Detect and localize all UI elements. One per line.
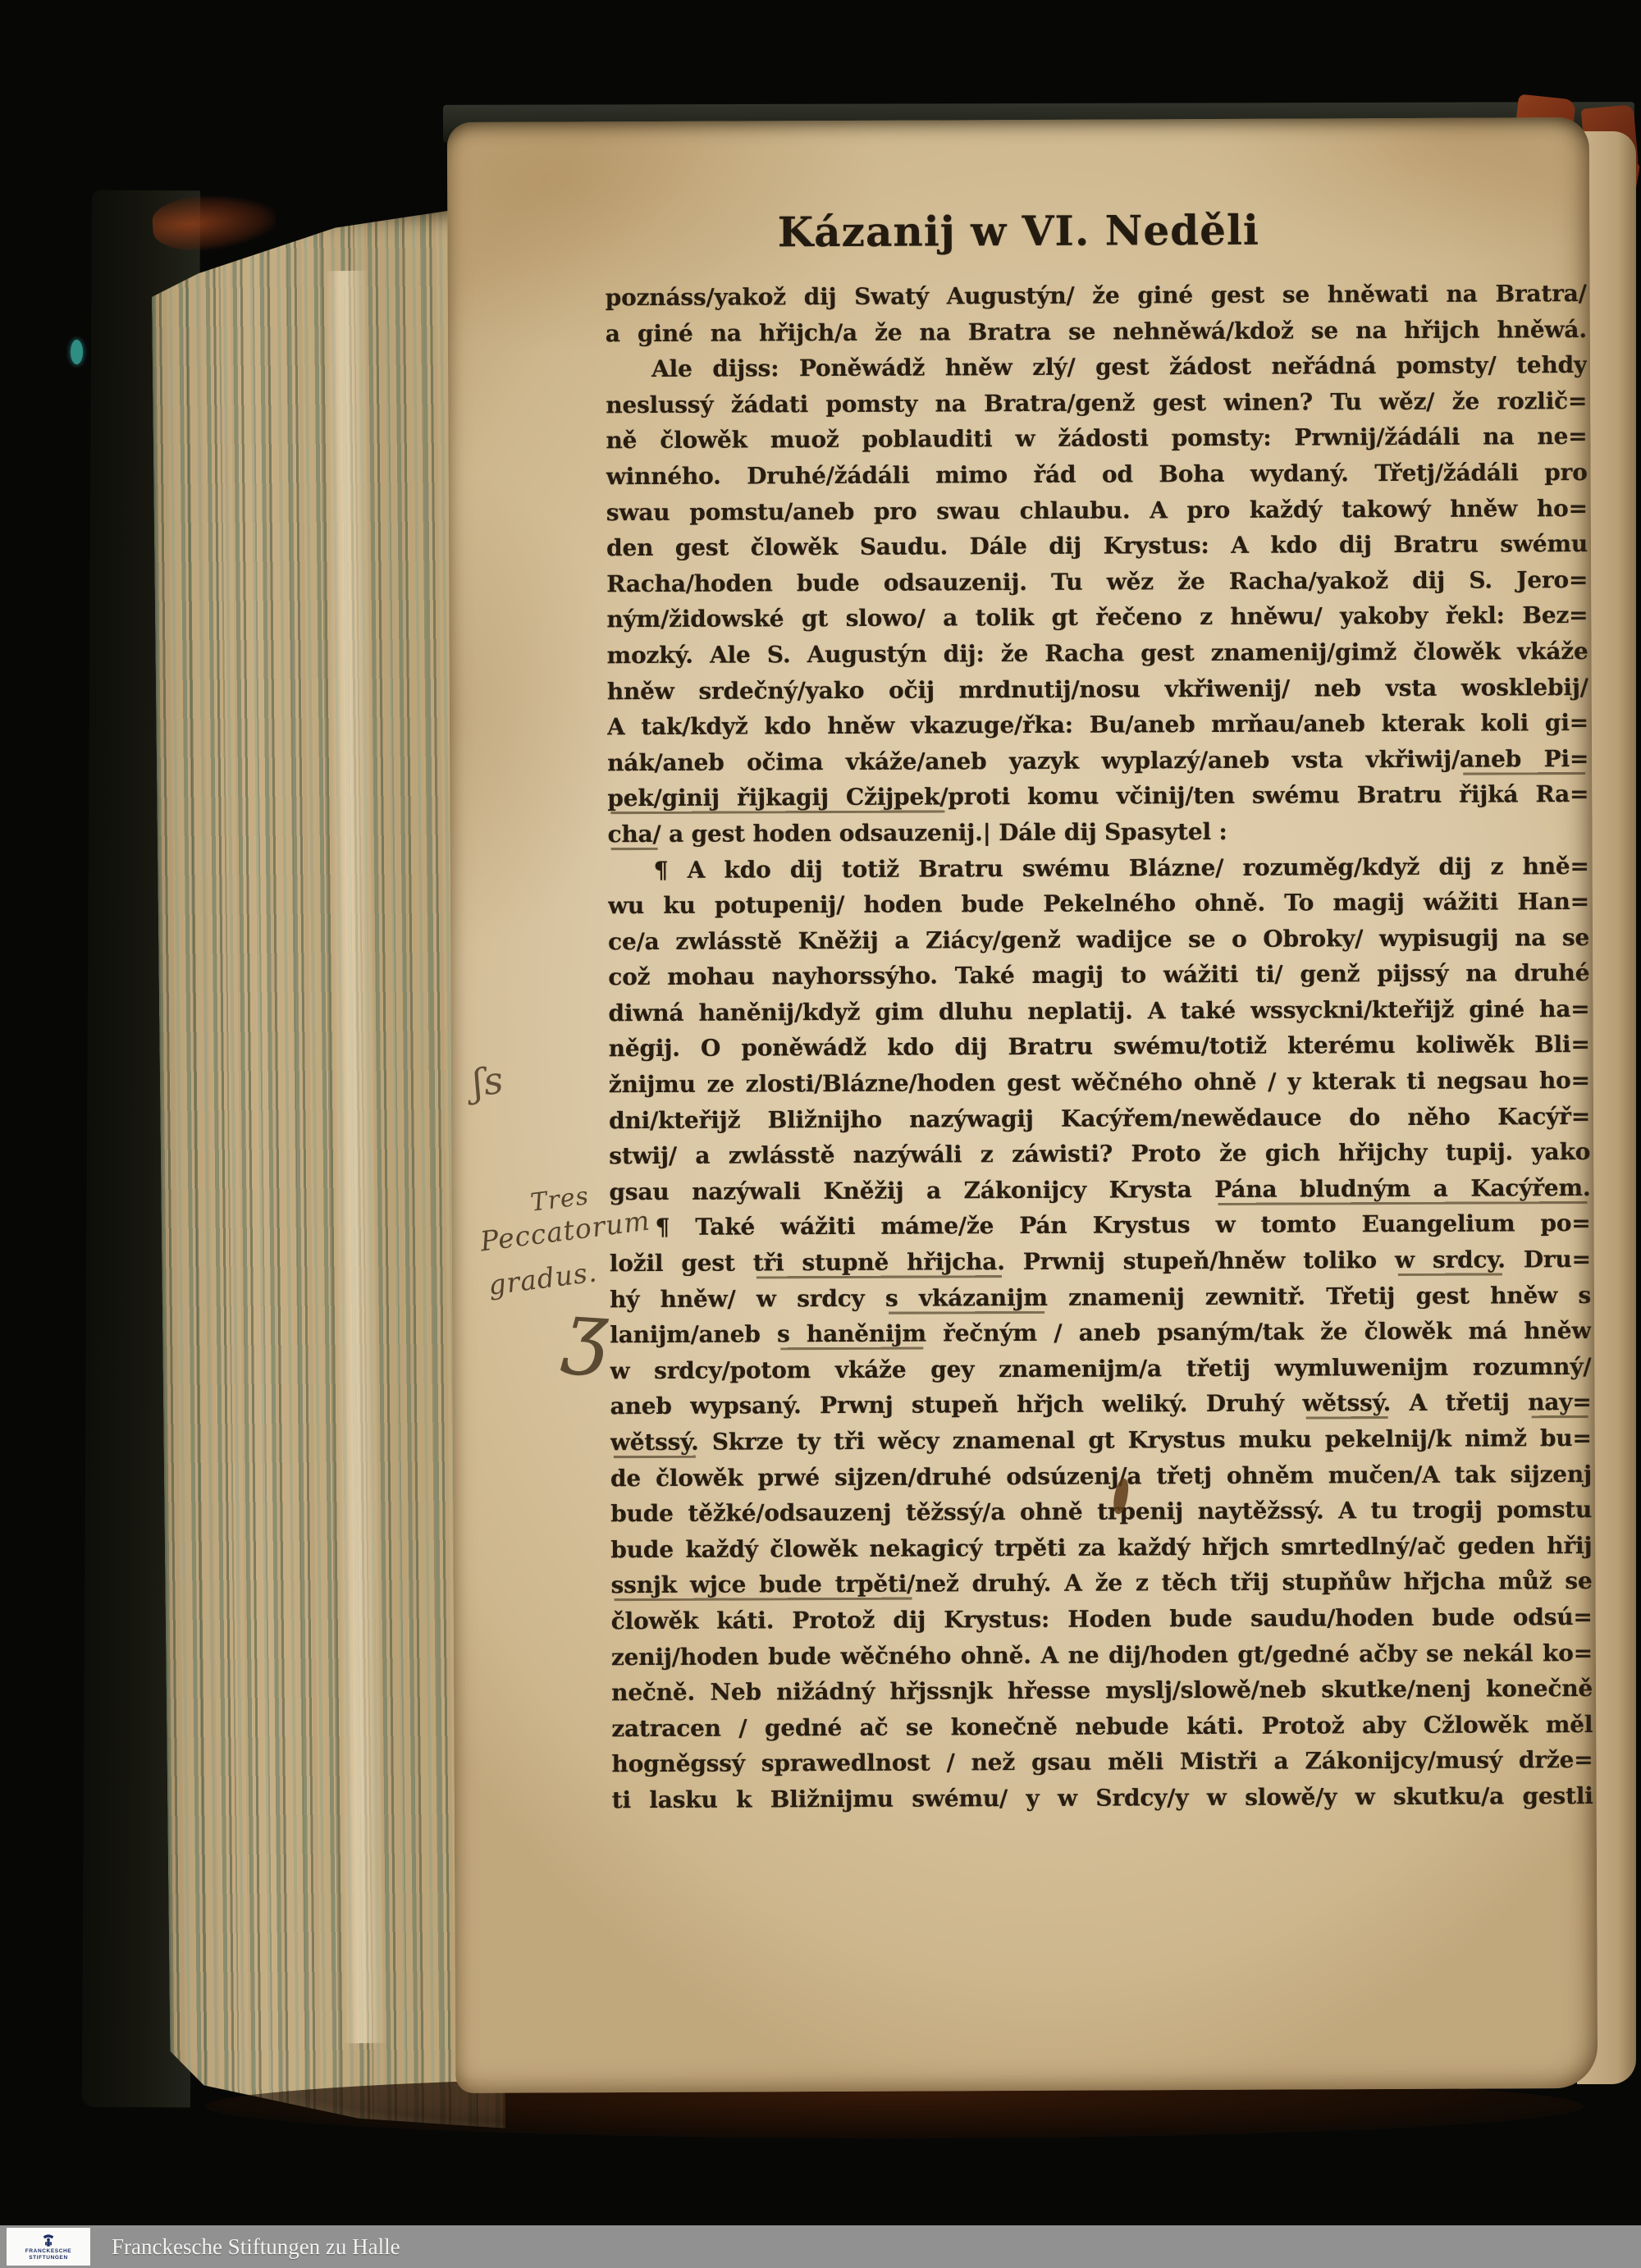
text-segment: člowěk káti. Protož dij Krystus: Hoden b… <box>611 1603 1593 1635</box>
text-segment: winného. Druhé/žádáli mimo řád od Boha w… <box>606 459 1588 490</box>
photo-stage: Kázanij w VI. Neděli poznáss/yakož dij S… <box>0 0 1641 2268</box>
underlined-text: wětssý. <box>610 1429 699 1456</box>
text-line: den gest člowěk Saudu. Dále dij Krystus:… <box>606 530 1588 570</box>
text-segment: den gest člowěk Saudu. Dále dij Krystus:… <box>606 530 1588 561</box>
text-line: Racha/hoden bude odsauzenij. Tu wěz že R… <box>606 566 1588 606</box>
text-line: ti lasku k Bližnijmu swému/ y w Srdcy/y … <box>612 1782 1593 1822</box>
text-line: diwná haněnij/když gim dluhu neplatij. A… <box>608 995 1589 1036</box>
text-line: stwij/ a zwlásstě nazýwáli z záwisti? Pr… <box>609 1138 1590 1178</box>
text-segment: de člowěk prwé sijzen/druhé odsúzenj/a t… <box>610 1461 1592 1492</box>
underlined-text: s haněnijm <box>777 1320 926 1348</box>
text-segment: ně člowěk muož poblauditi w žádosti poms… <box>606 423 1587 454</box>
margin-pen-mark: ʃs <box>470 1058 507 1105</box>
text-segment: ným/židowské gt slowo/ a tolik gt řečeno… <box>606 601 1588 633</box>
text-line: neslussý žádati pomsty na Bratra/genž ge… <box>606 387 1587 428</box>
text-line: ným/židowské gt slowo/ a tolik gt řečeno… <box>606 601 1588 642</box>
text-segment: wu ku potupenij/ hoden bude Pekelného oh… <box>608 888 1589 919</box>
text-line: cha/ a gest hoden odsauzenij.| Dále dij … <box>607 816 1588 857</box>
underlined-text: s vkázanijm <box>885 1283 1048 1311</box>
text-segment: diwná haněnij/když gim dluhu neplatij. A… <box>608 995 1589 1027</box>
text-segment: A třetij <box>1391 1389 1528 1417</box>
logo-text-line1: FRANCKESCHE <box>25 2248 71 2254</box>
text-segment: zenij/hoden bude wěčného ohně. A ne dij/… <box>611 1639 1593 1671</box>
teal-paint-mark <box>71 340 83 364</box>
text-line: w srdcy/potom vkáže gey znamenijm/a třet… <box>610 1353 1591 1393</box>
text-segment: znamenij zewnitř. Třetij gest hněw s <box>1048 1282 1591 1311</box>
text-segment: ce/a zwlásstě Kněžij a Ziácy/genž wadijc… <box>608 924 1589 955</box>
text-line: bude těžké/odsauzenj těžssý/a ohně trpen… <box>610 1496 1592 1536</box>
institution-logo: FRANCKESCHE STIFTUNGEN <box>7 2228 90 2266</box>
underlined-text: cha/ <box>607 821 661 848</box>
text-line: dni/kteřijž Bližnijho nazýwagij Kacýřem/… <box>609 1103 1590 1143</box>
text-segment: a giné na hřijch/a že na Bratra se nehně… <box>606 316 1587 347</box>
text-line: pek/ginij řijkagij Cžijpek/proti komu vč… <box>607 780 1588 821</box>
text-segment: Dru= <box>1506 1246 1591 1273</box>
text-line: což mohau nayhorssýho. Také magij to wáž… <box>608 959 1589 999</box>
text-segment: proti komu včinij/ten swému Bratru řijká… <box>948 780 1588 810</box>
text-line: hogněgssý sprawedlnost / než gsau měli M… <box>611 1746 1593 1786</box>
underlined-text: tři stupně hřijcha. <box>753 1248 1005 1276</box>
text-line: a giné na hřijch/a že na Bratra se nehně… <box>606 316 1587 356</box>
underlined-text: pek/ginij řijkagij Cžijpek/ <box>607 784 948 812</box>
text-segment: bude každý člowěk nekagicý trpěti za kaž… <box>610 1532 1592 1563</box>
text-segment: nák/aneb očima vkáže/aneb yazyk wyplazý/… <box>607 745 1460 776</box>
text-segment: než druhý. A že z těch třij stupňůw hřjc… <box>915 1567 1593 1598</box>
text-line: winného. Druhé/žádáli mimo řád od Boha w… <box>606 459 1588 499</box>
text-line: hněw srdečný/yako očij mrdnutij/nosu vkř… <box>607 674 1588 714</box>
text-line: aneb wypsaný. Prwnj stupeň hřjch weliký.… <box>610 1388 1592 1429</box>
text-line: mozký. Ale S. Augustýn dij: že Racha ges… <box>607 638 1588 678</box>
text-line: lanijm/aneb s haněnijm řečným / aneb psa… <box>610 1317 1591 1357</box>
text-segment: což mohau nayhorssýho. Také magij to wáž… <box>608 959 1589 990</box>
text-segment: hogněgssý sprawedlnost / než gsau měli M… <box>611 1746 1593 1777</box>
text-segment: Ale dijss: Poněwádž hněw zlý/ gest žádos… <box>651 351 1587 382</box>
text-segment: mozký. Ale S. Augustýn dij: že Racha ges… <box>607 638 1588 669</box>
text-line: ce/a zwlásstě Kněžij a Ziácy/genž wadijc… <box>608 924 1589 964</box>
text-line: nák/aneb očima vkáže/aneb yazyk wyplazý/… <box>607 745 1588 785</box>
text-segment: ¶ A kdo dij totiž Bratru swému Blázne/ r… <box>654 852 1589 883</box>
text-segment: poznáss/yakož dij Swatý Augustýn/ že gin… <box>606 280 1587 311</box>
text-line: Ale dijss: Poněwádž hněw zlý/ gest žádos… <box>606 351 1587 391</box>
text-segment: dni/kteřijž Bližnijho nazýwagij Kacýřem/… <box>609 1103 1590 1134</box>
underlined-text: wětssý. <box>1302 1389 1391 1416</box>
text-segment: w srdcy/potom vkáže gey znamenijm/a třet… <box>610 1353 1591 1384</box>
underlined-text: Pána bludným a Kacýřem. <box>1214 1174 1590 1203</box>
underlined-text: w srdcy. <box>1395 1246 1506 1273</box>
text-line: ssnjk wjce bude trpěti/než druhý. A že z… <box>610 1567 1592 1607</box>
text-line: swau pomstu/aneb pro swau chlaubu. A pro… <box>606 495 1588 535</box>
text-line: de člowěk prwé sijzen/druhé odsúzenj/a t… <box>610 1461 1592 1501</box>
margin-flourish: ʒ <box>561 1284 612 1379</box>
text-line: bude každý člowěk nekagicý trpěti za kaž… <box>610 1532 1592 1572</box>
text-line: ¶ Také wážiti máme/že Pán Krystus w tomt… <box>610 1209 1591 1250</box>
underlined-text: ssnjk wjce bude trpěti/ <box>610 1571 915 1599</box>
text-segment: žnijmu ze zlosti/Blázne/hoden gest wěčné… <box>609 1067 1590 1098</box>
text-line: poznáss/yakož dij Swatý Augustýn/ že gin… <box>606 280 1587 320</box>
text-line: zenij/hoden bude wěčného ohně. A ne dij/… <box>611 1639 1593 1680</box>
text-line: zatracen / gedné ač se konečně nebude ká… <box>611 1711 1593 1751</box>
text-segment: lanijm/aneb <box>610 1321 777 1349</box>
text-segment: Racha/hoden bude odsauzenij. Tu wěz že R… <box>606 566 1588 597</box>
text-segment: zatracen / gedné ač se konečně nebude ká… <box>611 1711 1593 1742</box>
text-line: wu ku potupenij/ hoden bude Pekelného oh… <box>608 888 1589 928</box>
text-line: něgij. O poněwádž kdo dij Bratru swému/t… <box>609 1031 1590 1071</box>
text-segment: aneb wypsaný. Prwnj stupeň hřjch weliký.… <box>610 1390 1303 1420</box>
text-line: wětssý. Skrze ty tři wěcy znamenal gt Kr… <box>610 1424 1592 1465</box>
running-head: Kázanij w VI. Neděli <box>447 204 1589 258</box>
text-segment: gsau nazýwali Kněžij a Zákonijcy Krysta <box>609 1176 1214 1205</box>
text-line: nečně. Neb nižádný hřjssnjk hřesse myslj… <box>611 1675 1593 1715</box>
text-segment: a gest hoden odsauzenij.| Dále dij Spasy… <box>661 818 1227 848</box>
text-line: hý hněw/ w srdcy s vkázanijm znamenij ze… <box>610 1282 1591 1322</box>
text-segment: řečným / aneb psaným/tak že člowěk má hn… <box>926 1317 1592 1347</box>
text-segment: swau pomstu/aneb pro swau chlaubu. A pro… <box>606 495 1588 526</box>
francke-emblem-icon <box>41 2233 56 2247</box>
text-segment: hý hněw/ w srdcy <box>610 1284 885 1312</box>
book-page: Kázanij w VI. Neděli poznáss/yakož dij S… <box>447 117 1598 2093</box>
text-line: člowěk káti. Protož dij Krystus: Hoden b… <box>611 1603 1593 1644</box>
watermark-bar: FRANCKESCHE STIFTUNGEN Franckesche Stift… <box>0 2225 1641 2268</box>
watermark-label: Franckesche Stiftungen zu Halle <box>112 2234 400 2260</box>
underlined-text: aneb Pi= <box>1460 745 1588 773</box>
text-segment: ložil gest <box>610 1249 753 1277</box>
text-line: gsau nazýwali Kněžij a Zákonijcy Krysta … <box>609 1174 1590 1214</box>
text-segment: ti lasku k Bližnijmu swému/ y w Srdcy/y … <box>612 1782 1593 1813</box>
text-block: poznáss/yakož dij Swatý Augustýn/ že gin… <box>606 280 1593 1822</box>
text-line: A tak/když kdo hněw vkazuge/řka: Bu/aneb… <box>607 709 1588 749</box>
text-line: ¶ A kdo dij totiž Bratru swému Blázne/ r… <box>608 852 1589 892</box>
text-segment: neslussý žádati pomsty na Bratra/genž ge… <box>606 387 1587 418</box>
text-segment: Skrze ty tři wěcy znamenal gt Krystus mu… <box>699 1424 1592 1456</box>
text-line: ložil gest tři stupně hřijcha. Prwnij st… <box>610 1246 1591 1286</box>
text-segment: stwij/ a zwlásstě nazýwáli z záwisti? Pr… <box>609 1138 1590 1169</box>
text-line: ně člowěk muož poblauditi w žádosti poms… <box>606 423 1587 463</box>
underlined-text: nay= <box>1528 1388 1592 1415</box>
logo-text-line2: STIFTUNGEN <box>29 2255 68 2261</box>
text-segment: Prwnij stupeň/hněw toliko <box>1005 1246 1395 1275</box>
text-segment: něgij. O poněwádž kdo dij Bratru swému/t… <box>609 1031 1590 1062</box>
text-segment: bude těžké/odsauzenj těžssý/a ohně trpen… <box>610 1496 1592 1527</box>
text-segment: hněw srdečný/yako očij mrdnutij/nosu vkř… <box>607 674 1588 705</box>
text-segment: A tak/když kdo hněw vkazuge/řka: Bu/aneb… <box>607 709 1588 740</box>
text-segment: nečně. Neb nižádný hřjssnjk hřesse myslj… <box>611 1675 1593 1706</box>
text-line: žnijmu ze zlosti/Blázne/hoden gest wěčné… <box>609 1067 1590 1107</box>
text-segment: ¶ Také wážiti máme/že Pán Krystus w tomt… <box>656 1209 1591 1241</box>
